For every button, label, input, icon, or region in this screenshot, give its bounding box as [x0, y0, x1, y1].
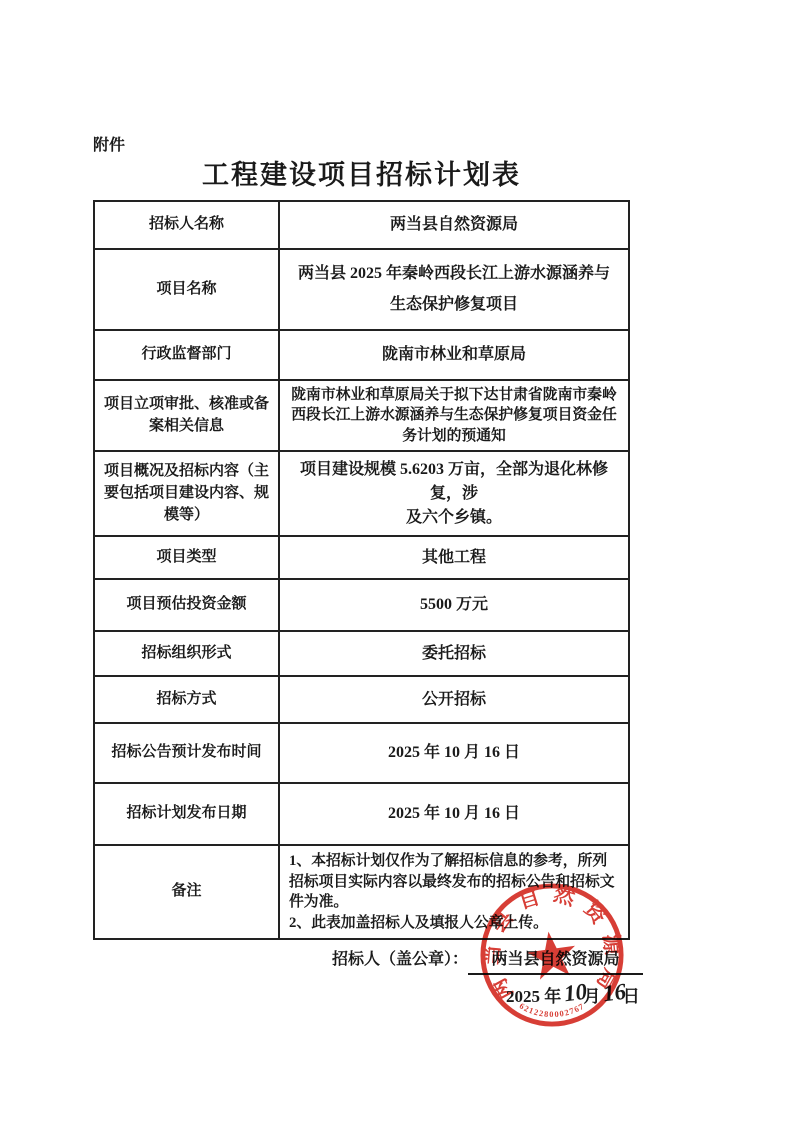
row-value-line: 委托招标: [289, 642, 619, 666]
table-row: 项目名称 两当县 2025 年秦岭西段长江上游水源涵养与生态保护修复项目: [95, 248, 628, 329]
table-row: 招标组织形式 委托招标: [95, 630, 628, 675]
row-value: 两当县 2025 年秦岭西段长江上游水源涵养与生态保护修复项目: [280, 250, 628, 329]
row-value-line: 两当县自然资源局: [289, 213, 619, 237]
row-value-line: 2025 年 10 月 16 日: [289, 802, 619, 826]
attachment-label: 附件: [93, 132, 125, 155]
row-value-line: 西段长江上游水源涵养与生态保护修复项目资金任: [289, 405, 619, 425]
row-value-line: 公开招标: [289, 688, 619, 712]
row-label: 项目预估投资金额: [95, 580, 280, 630]
table-row: 招标计划发布日期 2025 年 10 月 16 日: [95, 782, 628, 844]
table-row: 行政监督部门 陇南市林业和草原局: [95, 329, 628, 379]
row-value: 陇南市林业和草原局关于拟下达甘肃省陇南市秦岭西段长江上游水源涵养与生态保护修复项…: [280, 381, 628, 450]
row-label: 项目名称: [95, 250, 280, 329]
row-value: 公开招标: [280, 677, 628, 722]
row-value-line: 务计划的预通知: [289, 426, 619, 446]
table-row: 项目预估投资金额 5500 万元: [95, 578, 628, 630]
row-label: 项目概况及招标内容（主要包括项目建设内容、规模等）: [95, 452, 280, 535]
table-row: 项目概况及招标内容（主要包括项目建设内容、规模等） 项目建设规模 5.6203 …: [95, 450, 628, 535]
row-value: 项目建设规模 5.6203 万亩，全部为退化林修复，涉及六个乡镇。: [280, 452, 628, 535]
table-row: 招标公告预计发布时间 2025 年 10 月 16 日: [95, 722, 628, 782]
table-row: 招标人名称 两当县自然资源局: [95, 202, 628, 248]
row-value-line: 陇南市林业和草原局关于拟下达甘肃省陇南市秦岭: [289, 385, 619, 405]
row-value: 2025 年 10 月 16 日: [280, 724, 628, 782]
row-value-line: 5500 万元: [289, 593, 619, 617]
table-row: 招标方式 公开招标: [95, 675, 628, 722]
row-label: 行政监督部门: [95, 331, 280, 379]
row-label: 招标计划发布日期: [95, 784, 280, 844]
row-value-line: 生态保护修复项目: [289, 293, 619, 317]
row-value-line: 及六个乡镇。: [289, 506, 619, 530]
row-label: 项目立项审批、核准或备案相关信息: [95, 381, 280, 450]
table-row: 项目类型 其他工程: [95, 535, 628, 578]
row-value: 委托招标: [280, 632, 628, 675]
row-value-line: 两当县 2025 年秦岭西段长江上游水源涵养与: [289, 262, 619, 286]
table-row: 项目立项审批、核准或备案相关信息 陇南市林业和草原局关于拟下达甘肃省陇南市秦岭西…: [95, 379, 628, 450]
seal-star-icon: [524, 928, 579, 981]
row-label: 招标方式: [95, 677, 280, 722]
row-label: 备注: [95, 846, 280, 938]
row-value: 两当县自然资源局: [280, 202, 628, 248]
row-value: 陇南市林业和草原局: [280, 331, 628, 379]
document-page: 附件 工程建设项目招标计划表 招标人名称 两当县自然资源局 项目名称 两当县 2…: [0, 0, 793, 1122]
row-value: 2025 年 10 月 16 日: [280, 784, 628, 844]
official-seal: 两当县自然资源局 6212280002767: [478, 881, 626, 1029]
row-label: 招标组织形式: [95, 632, 280, 675]
row-value: 其他工程: [280, 537, 628, 578]
row-label: 项目类型: [95, 537, 280, 578]
row-label: 招标公告预计发布时间: [95, 724, 280, 782]
row-value-line: 2025 年 10 月 16 日: [289, 741, 619, 765]
row-value-line: 其他工程: [289, 546, 619, 570]
row-label: 招标人名称: [95, 202, 280, 248]
page-title: 工程建设项目招标计划表: [93, 153, 630, 192]
bidding-plan-table: 招标人名称 两当县自然资源局 项目名称 两当县 2025 年秦岭西段长江上游水源…: [93, 200, 630, 940]
row-value-line: 项目建设规模 5.6203 万亩，全部为退化林修复，涉: [289, 458, 619, 506]
signer-label: 招标人（盖公章）：: [332, 951, 468, 968]
seal-number-text: 6212280002767: [518, 1001, 586, 1019]
row-value-line: 陇南市林业和草原局: [289, 343, 619, 367]
row-value: 5500 万元: [280, 580, 628, 630]
